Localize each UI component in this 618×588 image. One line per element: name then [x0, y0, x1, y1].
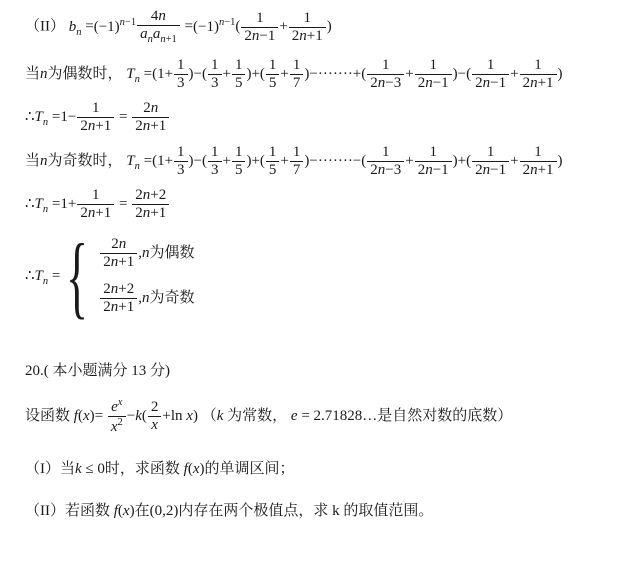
math-run: =1+ — [48, 196, 76, 212]
math-literal: 2 — [151, 399, 159, 415]
math-run: 2n−1 — [475, 75, 506, 91]
math-run: )−( — [453, 66, 471, 82]
superscript-group: x2 — [111, 419, 123, 435]
math-literal: −1 — [224, 17, 235, 28]
subscript-group: Tn — [126, 153, 140, 169]
math-literal: (−1) — [193, 19, 219, 35]
subscript-group: bn — [69, 19, 82, 35]
math-literal: 2 — [135, 187, 143, 203]
math-literal: 1 — [487, 57, 495, 73]
math-run: 2n+1 — [135, 118, 166, 134]
math-run: )−·······+( — [304, 66, 366, 82]
math-literal: +2 — [150, 187, 166, 203]
math-literal: 1 — [534, 144, 542, 160]
math-variable: T — [35, 109, 43, 125]
fraction-denominator: 2n+1 — [289, 27, 326, 45]
fraction-numerator: 1 — [290, 57, 304, 74]
fraction-numerator: 1 — [379, 144, 393, 161]
line-bn-expansion: （II） bn =(−1)n−14nanan+1 =(−1)n−1(12n−1+… — [25, 8, 614, 47]
math-literal: ) — [558, 153, 563, 169]
fraction-denominator: 5 — [232, 161, 246, 179]
math-literal: 5 — [235, 75, 243, 91]
math-literal: −1 — [490, 162, 506, 178]
math-run: 1 — [304, 10, 312, 26]
math-literal: 2 — [118, 417, 123, 428]
fraction: 17 — [290, 57, 304, 93]
text-run: 的单调区间； — [205, 461, 295, 477]
roman-run: k — [332, 503, 340, 519]
math-run: f(x) — [114, 503, 135, 519]
math-run: + — [405, 153, 413, 169]
math-run: 2n−1 — [244, 28, 275, 44]
math-literal: −1 — [259, 28, 275, 44]
fraction-numerator: 1 — [426, 57, 440, 74]
math-literal: )+( — [453, 153, 471, 169]
math-literal: 1 — [487, 144, 495, 160]
math-run: 2n+1 — [103, 299, 134, 315]
math-run: x — [111, 419, 118, 435]
math-literal: )−( — [453, 66, 471, 82]
math-variable: x — [111, 419, 118, 435]
math-literal: + — [279, 19, 287, 35]
fraction: 2n+22n+1 — [132, 187, 169, 223]
subscript-group: Tn — [35, 109, 49, 125]
math-run: 2n−1 — [418, 75, 449, 91]
math-variable: n — [425, 162, 433, 178]
math-run: 5 — [269, 75, 277, 91]
math-run: 2n+1 — [103, 254, 134, 270]
math-variable: n — [299, 28, 307, 44]
subscript-group: an — [140, 26, 153, 42]
math-literal: 1 — [429, 57, 437, 73]
math-run: ,n — [138, 289, 149, 309]
fraction-numerator: 2n — [140, 100, 161, 117]
math-literal: 1 — [256, 10, 264, 26]
math-run: 1 — [92, 100, 100, 116]
fraction-numerator: 2n+2 — [132, 187, 169, 204]
fraction: 12n−3 — [367, 57, 404, 93]
text-run: 设函数 — [25, 408, 74, 424]
math-run: n−1 — [120, 17, 136, 28]
fraction-denominator: 2n+1 — [132, 204, 169, 222]
math-literal: = — [115, 196, 131, 212]
math-run: )+( — [246, 153, 264, 169]
math-run: 2 — [118, 417, 123, 428]
math-literal: +1 — [538, 75, 554, 91]
math-run: + — [223, 66, 231, 82]
fraction: 2x — [148, 399, 162, 435]
math-run: 2n+2 — [135, 187, 166, 203]
cases-group: {2n2n+1,n为偶数2n+22n+1,n为奇数 — [64, 233, 194, 320]
math-variable: T — [35, 196, 43, 212]
fraction-denominator: 2n+1 — [520, 74, 557, 92]
fraction-numerator: 2n — [108, 236, 129, 253]
math-literal: 2 — [103, 299, 111, 315]
math-literal: ( — [235, 19, 240, 35]
math-literal: 1 — [177, 57, 185, 73]
math-run: 2n+1 — [523, 162, 554, 178]
fraction-denominator: 2n−3 — [367, 74, 404, 92]
math-variable: x — [123, 503, 130, 519]
subscript-group: Tn — [35, 196, 49, 212]
math-run: (−1) — [94, 19, 120, 35]
math-run: T — [35, 268, 43, 284]
fraction: 15 — [232, 57, 246, 93]
math-variable: k — [75, 461, 82, 477]
fraction-numerator: 1 — [531, 57, 545, 74]
text-run: （II）若函数 — [25, 503, 114, 519]
math-run: f(x)= — [74, 408, 107, 424]
fraction: 15 — [266, 144, 280, 180]
text-run: 为常数， — [223, 408, 291, 424]
math-literal: 1 — [534, 57, 542, 73]
math-run: 1 — [293, 57, 301, 73]
cases-row: 2n2n+1,n为偶数 — [99, 236, 194, 272]
math-run: 2n+1 — [80, 205, 111, 221]
text-run: 当 — [25, 153, 40, 169]
math-literal: = — [48, 268, 64, 284]
math-run: 1 — [177, 144, 185, 160]
math-run: 1 — [534, 57, 542, 73]
fraction-numerator: 1 — [379, 57, 393, 74]
math-literal: =1− — [48, 109, 76, 125]
math-run: T — [126, 66, 134, 82]
text-run: 的取值范围。 — [340, 503, 434, 519]
math-run: = — [115, 196, 131, 212]
math-run: 2n+1 — [135, 205, 166, 221]
fraction: 17 — [290, 144, 304, 180]
math-literal: 1 — [429, 144, 437, 160]
math-literal: 1 — [293, 57, 301, 73]
math-run: 2n−3 — [370, 162, 401, 178]
math-run: k ≤ 0 — [75, 461, 105, 477]
math-run: 1 — [382, 57, 390, 73]
fraction: 4nanan+1 — [137, 8, 180, 47]
math-run: + — [280, 66, 288, 82]
fraction-numerator: 1 — [253, 10, 267, 27]
fraction: 13 — [174, 57, 188, 93]
math-literal: 1 — [269, 57, 277, 73]
fraction: 12n+1 — [520, 57, 557, 93]
text-run: （ — [198, 408, 217, 424]
math-run: f(x) — [184, 461, 205, 477]
math-literal: = 2.71828… — [298, 408, 378, 424]
math-literal: −3 — [385, 75, 401, 91]
math-run: 2n+1 — [292, 28, 323, 44]
math-literal: + — [405, 153, 413, 169]
math-literal: 1 — [235, 57, 243, 73]
math-literal: + — [280, 66, 288, 82]
math-run: 3 — [177, 75, 185, 91]
math-literal: =(1+ — [140, 66, 173, 82]
math-run: 1 — [487, 57, 495, 73]
math-run: = — [115, 109, 131, 125]
math-run: 2n+1 — [523, 75, 554, 91]
math-run: 1 — [429, 144, 437, 160]
math-variable: T — [35, 268, 43, 284]
math-literal: 5 — [269, 162, 277, 178]
fraction-numerator: 1 — [232, 144, 246, 161]
roman-run: ln — [171, 408, 186, 424]
math-literal: 1 — [269, 144, 277, 160]
fraction-denominator: x2 — [108, 416, 126, 436]
math-literal: 2 — [135, 205, 143, 221]
superscript-group: (−1)n−1 — [193, 19, 235, 35]
math-run: ( — [235, 19, 240, 35]
math-run: 1 — [211, 57, 219, 73]
math-run: 1 — [534, 144, 542, 160]
math-literal: + — [510, 66, 518, 82]
math-run: )−·······−( — [304, 153, 366, 169]
math-run: 1 — [429, 57, 437, 73]
fraction-denominator: 5 — [266, 161, 280, 179]
fraction-numerator: 2 — [148, 399, 162, 416]
fraction-numerator: 1 — [484, 144, 498, 161]
math-run: + — [510, 66, 518, 82]
math-run: e — [291, 408, 298, 424]
math-literal: )+( — [246, 66, 264, 82]
fraction: 2n2n+1 — [132, 100, 169, 136]
math-literal: + — [405, 66, 413, 82]
math-run: 2n — [143, 100, 158, 116]
text-run: 为偶数时， — [48, 66, 127, 82]
text-run: 20.( 本小题满分 13 分) — [25, 363, 170, 379]
fraction-denominator: 2n−1 — [415, 161, 452, 179]
fraction: 12n−1 — [415, 144, 452, 180]
math-run: 2 — [151, 399, 159, 415]
math-literal: 2 — [370, 162, 378, 178]
superscript: 2 — [118, 417, 123, 428]
math-literal: 1 — [293, 144, 301, 160]
math-literal: 1 — [211, 144, 219, 160]
math-literal: =1+ — [48, 196, 76, 212]
math-literal: )−·······−( — [304, 153, 366, 169]
math-run: 5 — [235, 162, 243, 178]
fraction: 15 — [266, 57, 280, 93]
math-literal: + — [223, 153, 231, 169]
math-run: ,n — [138, 244, 149, 264]
math-literal: 1 — [382, 144, 390, 160]
math-run: 1 — [92, 187, 100, 203]
subscript: n+1 — [160, 34, 176, 45]
math-run: 1 — [269, 144, 277, 160]
math-literal: +1 — [118, 299, 134, 315]
math-literal: 1 — [235, 144, 243, 160]
math-run: )+( — [453, 153, 471, 169]
fraction-numerator: ex — [108, 397, 125, 416]
math-run: x) — [186, 408, 198, 424]
fraction-denominator: 2n+1 — [77, 117, 114, 135]
fraction: 2n2n+1 — [100, 236, 137, 272]
fraction-denominator: 2n−1 — [472, 161, 509, 179]
math-variable: n — [151, 100, 159, 116]
math-run: 2n+2 — [103, 281, 134, 297]
line-q20-function: 设函数 f(x)= exx2−k(2x+ln x) （k 为常数， e = 2.… — [25, 397, 614, 436]
math-literal: 1 — [92, 100, 100, 116]
math-literal: + — [280, 153, 288, 169]
math-literal: 2 — [80, 205, 88, 221]
math-run: 2n−3 — [370, 75, 401, 91]
fraction-denominator: 3 — [208, 161, 222, 179]
math-literal: ( — [142, 408, 147, 424]
math-run: 1 — [487, 144, 495, 160]
text-run: （I）当 — [25, 461, 75, 477]
math-literal: +1 — [95, 118, 111, 134]
math-literal: −1 — [490, 75, 506, 91]
math-literal: +1 — [150, 205, 166, 221]
math-literal: 2 — [135, 118, 143, 134]
text-run: 时，求函数 — [105, 461, 184, 477]
math-run: + — [405, 66, 413, 82]
math-literal: (0,2) — [150, 503, 179, 519]
math-run: 4n — [151, 8, 166, 24]
math-literal: )−( — [189, 153, 207, 169]
math-literal: +1 — [166, 34, 177, 45]
fraction-denominator: 3 — [208, 74, 222, 92]
math-literal: )−·······+( — [304, 66, 366, 82]
fraction-numerator: 1 — [301, 10, 315, 27]
text-run: 是自然对数的底数） — [377, 408, 512, 424]
math-literal: 2 — [244, 28, 252, 44]
math-variable: n — [483, 162, 491, 178]
math-literal: ≤ 0 — [82, 461, 105, 477]
math-run: + — [162, 408, 170, 424]
math-variable: x — [193, 461, 200, 477]
math-literal: 2 — [475, 75, 483, 91]
fraction-numerator: 2n+2 — [100, 281, 137, 298]
fraction-denominator: 7 — [290, 74, 304, 92]
math-run: 1 — [269, 57, 277, 73]
math-literal: =(1+ — [140, 153, 173, 169]
math-variable: a — [140, 26, 148, 42]
math-run: n+1 — [160, 34, 176, 45]
math-literal: +1 — [95, 205, 111, 221]
fraction-numerator: 1 — [174, 57, 188, 74]
fraction-denominator: 5 — [232, 74, 246, 92]
line-q20-part2: （II）若函数 f(x)在(0,2)内存在两个极值点，求 k 的取值范围。 — [25, 502, 614, 522]
math-variable: n — [425, 75, 433, 91]
math-variable: n — [40, 66, 48, 82]
fraction-denominator: 2n+1 — [77, 204, 114, 222]
math-run: =1− — [48, 109, 76, 125]
fraction: 12n−1 — [241, 10, 278, 46]
fraction-numerator: 4n — [148, 8, 169, 25]
fraction-denominator: anan+1 — [137, 25, 180, 46]
fraction-numerator: 1 — [426, 144, 440, 161]
math-literal: 2 — [523, 75, 531, 91]
math-run: T — [35, 109, 43, 125]
fraction-numerator: 1 — [531, 144, 545, 161]
math-run: =(1+ — [140, 153, 173, 169]
math-run: 1 — [235, 144, 243, 160]
fraction-denominator: 2n−1 — [241, 27, 278, 45]
math-variable: e — [111, 399, 118, 415]
math-variable: n — [40, 153, 48, 169]
subscript-group: Tn — [126, 66, 140, 82]
text-run: ∴ — [25, 109, 35, 125]
fraction: 12n−1 — [415, 57, 452, 93]
math-run: n — [40, 153, 48, 169]
math-variable: n — [158, 8, 166, 24]
math-literal: 2 — [475, 162, 483, 178]
math-run: 5 — [235, 75, 243, 91]
math-run: (0,2) — [150, 503, 179, 519]
math-literal: (−1) — [94, 19, 120, 35]
math-literal: 2 — [143, 100, 151, 116]
math-run: e — [111, 399, 118, 415]
math-variable: n — [530, 162, 538, 178]
fraction-denominator: 2n+1 — [100, 253, 137, 271]
fraction-numerator: 1 — [208, 144, 222, 161]
fraction-denominator: 2n−3 — [367, 161, 404, 179]
math-run: 3 — [211, 162, 219, 178]
math-literal: 2 — [103, 254, 111, 270]
text-run: ∴ — [25, 268, 35, 284]
fraction-denominator: 2n+1 — [132, 117, 169, 135]
math-literal: +1 — [150, 118, 166, 134]
math-run: 7 — [293, 75, 301, 91]
cases-row: 2n+22n+1,n为奇数 — [99, 281, 194, 317]
math-run: 1 — [382, 144, 390, 160]
math-variable: x — [151, 417, 158, 433]
subscript-group: Tn — [35, 268, 49, 284]
math-run: + — [223, 153, 231, 169]
math-literal: 2 — [523, 162, 531, 178]
math-run: a — [140, 26, 148, 42]
text-run: 为偶数 — [150, 244, 195, 264]
math-literal: −1 — [433, 75, 449, 91]
math-run: )−( — [189, 66, 207, 82]
math-run: x — [151, 417, 158, 433]
math-run: + — [280, 153, 288, 169]
math-literal: 7 — [293, 75, 301, 91]
math-literal: + — [162, 408, 170, 424]
fraction-denominator: 2n+1 — [100, 298, 137, 316]
fraction-numerator: 1 — [266, 57, 280, 74]
math-run: 1 — [211, 144, 219, 160]
math-literal: −1 — [125, 17, 136, 28]
math-run: + — [279, 19, 287, 35]
line-tn-odd-result: ∴Tn =1+12n+1 = 2n+22n+1 — [25, 187, 614, 223]
math-variable: x — [118, 397, 123, 408]
math-literal: 2 — [80, 118, 88, 134]
math-literal: 5 — [269, 75, 277, 91]
math-variable: T — [126, 66, 134, 82]
math-variable: e — [291, 408, 298, 424]
math-run: n−1 — [219, 17, 235, 28]
math-literal: 3 — [177, 75, 185, 91]
subscript-group: an+1 — [153, 26, 177, 42]
math-variable: T — [126, 153, 134, 169]
math-run: 7 — [293, 162, 301, 178]
math-variable: k — [135, 408, 142, 424]
math-run: 2n+1 — [80, 118, 111, 134]
line-q20-part1: （I）当k ≤ 0时，求函数 f(x)的单调区间； — [25, 460, 614, 480]
math-run: + — [510, 153, 518, 169]
math-run: 1 — [177, 57, 185, 73]
math-run: n — [40, 66, 48, 82]
math-run: 1 — [256, 10, 264, 26]
math-run: ) — [558, 66, 563, 82]
superscript: n−1 — [120, 17, 136, 28]
superscript: n−1 — [219, 17, 235, 28]
fraction-numerator: 1 — [232, 57, 246, 74]
document-page: （II） bn =(−1)n−14nanan+1 =(−1)n−1(12n−1+… — [0, 0, 618, 588]
math-run: ) — [558, 153, 563, 169]
math-literal: ) — [327, 19, 332, 35]
cases-rows: 2n2n+1,n为偶数2n+22n+1,n为奇数 — [99, 236, 194, 317]
fraction-numerator: 1 — [89, 187, 103, 204]
